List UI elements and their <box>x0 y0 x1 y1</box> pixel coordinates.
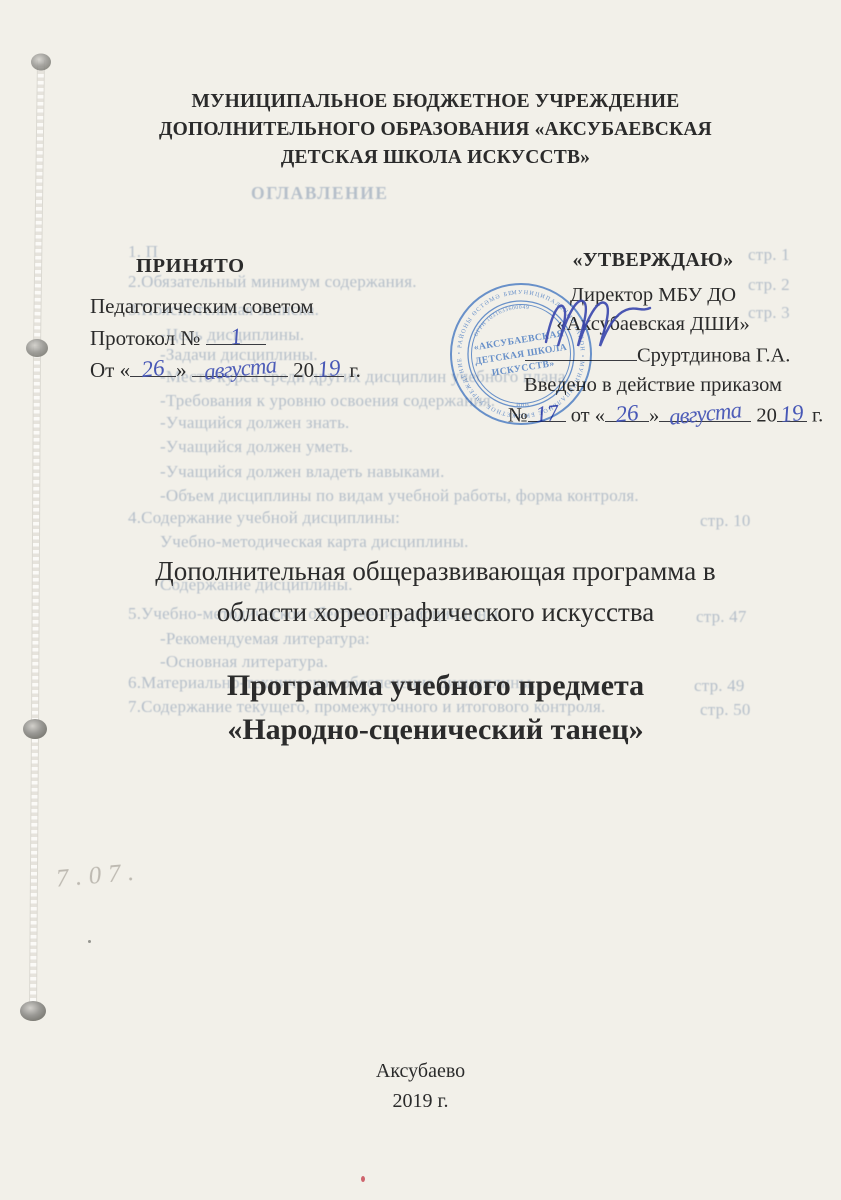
org-header-line3: ДЕТСКАЯ ШКОЛА ИСКУССТВ» <box>40 144 831 172</box>
order-day-blank: 26 <box>605 400 649 422</box>
date-day-handwritten: 26 <box>140 356 165 381</box>
order-year-handwritten: 19 <box>779 400 804 425</box>
director-signature <box>538 292 658 354</box>
accepted-by: Педагогическим советом <box>90 290 380 322</box>
program-title: Дополнительная общеразвивающая программа… <box>40 551 831 633</box>
ghost-toc-line: -Учащийся должен уметь. <box>160 437 353 457</box>
date-century: 20 <box>293 358 314 382</box>
binding-cord <box>0 0 70 1200</box>
org-header-line1: МУНИЦИПАЛЬНОЕ БЮДЖЕТНОЕ УЧРЕЖДЕНИЕ <box>40 88 831 116</box>
program-title-line1: Дополнительная общеразвивающая программа… <box>40 551 831 592</box>
subject-title-line1: Программа учебного предмета <box>40 664 831 708</box>
ghost-toc-heading: ОГЛАВЛЕНИЕ <box>251 183 388 204</box>
protocol-number-handwritten: 1 <box>229 324 243 348</box>
date-day-blank: 26 <box>130 355 176 377</box>
date-suffix: г. <box>349 358 361 382</box>
date-month-blank: августа <box>192 355 288 377</box>
date-year-blank: 19 <box>314 355 344 377</box>
footer-year: 2019 г. <box>0 1090 841 1113</box>
org-header: МУНИЦИПАЛЬНОЕ БЮДЖЕТНОЕ УЧРЕЖДЕНИЕ ДОПОЛ… <box>40 88 831 172</box>
ghost-toc-line: -Объем дисциплины по видам учебной работ… <box>160 486 639 506</box>
date-close: » <box>176 358 187 382</box>
signature-name: Сруртдинова Г.А. <box>637 344 790 366</box>
signature-stroke <box>546 301 650 346</box>
order-month-blank: августа <box>659 400 751 422</box>
cord-knot-2 <box>26 339 48 357</box>
cord-knot-1 <box>31 54 51 71</box>
accepted-block: ПРИНЯТО Педагогическим советом Протокол … <box>90 250 380 386</box>
org-header-line2: ДОПОЛНИТЕЛЬНОГО ОБРАЗОВАНИЯ «АКСУБАЕВСКА… <box>40 116 831 144</box>
ghost-toc-line: -Учащийся должен владеть навыками. <box>160 462 445 482</box>
ghost-toc-line: Учебно-методическая карта дисциплины. <box>160 532 469 552</box>
order-month-handwritten: августа <box>668 398 742 428</box>
accepted-date-line: От «26» августа 2019 г. <box>90 354 380 386</box>
protocol-number-blank: 1 <box>206 323 266 345</box>
subject-title: Программа учебного предмета «Народно-сце… <box>40 664 831 752</box>
red-ink-speck <box>361 1176 365 1182</box>
stamp-inn-text: ИНН <box>515 400 530 410</box>
order-close: » <box>649 405 659 427</box>
gray-speck <box>88 940 91 943</box>
subject-title-line2: «Народно-сценический танец» <box>40 708 831 752</box>
scanned-document-page: ОГЛАВЛЕНИЕ 1. Пстр. 12.Обязательный мини… <box>0 0 841 1200</box>
ghost-toc-line: -Требования к уровню освоения содержания… <box>160 391 495 411</box>
cord-knot-4 <box>20 1001 46 1021</box>
date-month-handwritten: августа <box>203 353 277 383</box>
cord-knot-3 <box>23 719 47 739</box>
accepted-title: ПРИНЯТО <box>90 250 380 282</box>
date-open: От « <box>90 358 130 382</box>
date-year-handwritten: 19 <box>316 356 341 381</box>
program-title-line2: области хореографического искусства <box>40 592 831 633</box>
footer-city: Аксубаево <box>0 1060 841 1083</box>
approved-title: «УТВЕРЖДАЮ» <box>487 246 819 276</box>
ghost-toc-line: -Учащийся должен знать. <box>160 413 349 433</box>
ghost-toc-line: 4.Содержание учебной дисциплины: <box>128 508 400 528</box>
order-century: 20 <box>756 405 777 427</box>
order-suffix: г. <box>812 405 823 427</box>
protocol-line: Протокол № 1 <box>90 322 380 354</box>
protocol-label: Протокол № <box>90 326 200 350</box>
ghost-toc-page: стр. 10 <box>700 511 751 531</box>
order-year-blank: 19 <box>777 400 807 422</box>
order-day-handwritten: 26 <box>614 400 639 425</box>
